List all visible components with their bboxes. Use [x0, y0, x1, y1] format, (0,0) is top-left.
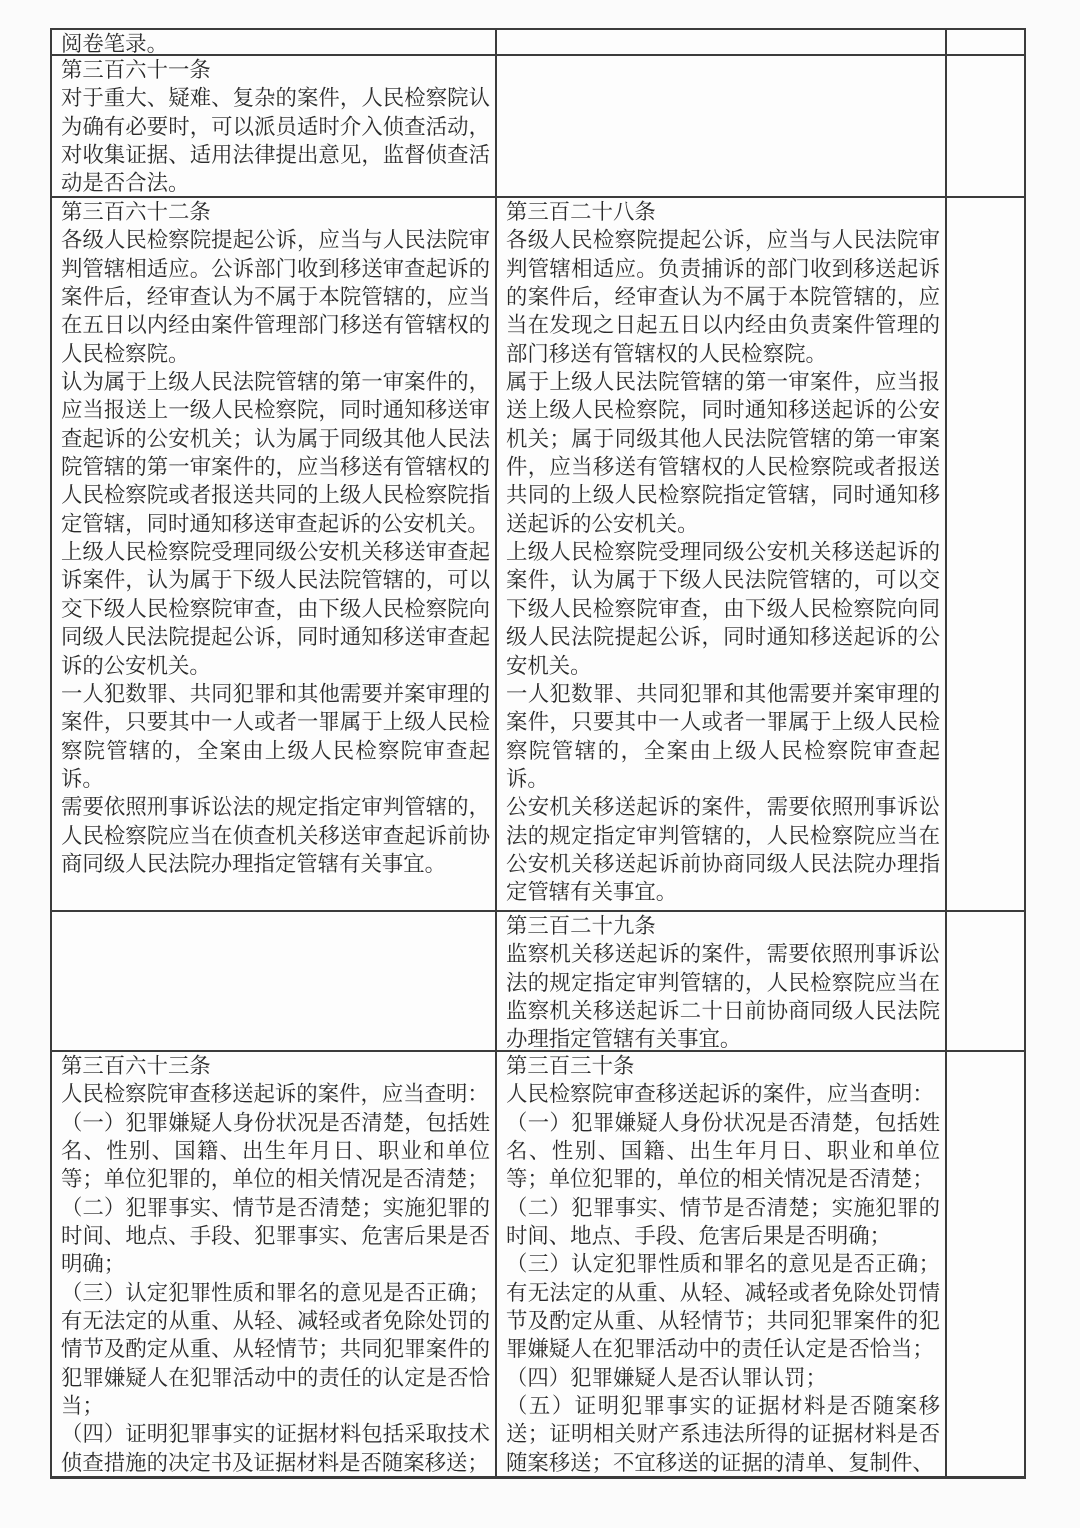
article-paragraph: （一）犯罪嫌疑人身份状况是否清楚，包括姓名、性别、国籍、出生年月日、职业和单位等…	[61, 1109, 490, 1194]
cell-row2-note	[947, 56, 1024, 198]
article-paragraph: 人民检察院审查移送起诉的案件，应当查明：	[506, 1080, 940, 1108]
scanned-document-page: 阅卷笔录。 第三百六十一条 对于重大、疑难、复杂的案件，人民检察院认为确有必要时…	[0, 0, 1080, 1528]
article-330-body: 人民检察院审查移送起诉的案件，应当查明：（一）犯罪嫌疑人身份状况是否清楚，包括姓…	[506, 1080, 940, 1476]
article-330-title: 第三百三十条	[506, 1052, 940, 1080]
article-paragraph: （四）证明犯罪事实的证据材料包括采取技术侦查措施的决定书及证据材料是否随案移送；	[61, 1420, 490, 1476]
cell-carryover-middle	[497, 30, 947, 56]
article-329-title: 第三百二十九条	[506, 912, 940, 940]
article-paragraph: 一人犯数罪、共同犯罪和其他需要并案审理的案件，只要其中一人或者一罪属于上级人民检…	[506, 680, 940, 793]
article-paragraph: 监察机关移送起诉的案件，需要依照刑事诉讼法的规定指定审判管辖的，人民检察院应当在…	[506, 940, 940, 1052]
cell-article-362: 第三百六十二条 各级人民检察院提起公诉，应当与人民法院审判管辖相适应。公诉部门收…	[52, 198, 497, 912]
article-363-body: 人民检察院审查移送起诉的案件，应当查明：（一）犯罪嫌疑人身份状况是否清楚，包括姓…	[61, 1080, 490, 1476]
article-paragraph: （三）认定犯罪性质和罪名的意见是否正确；有无法定的从重、从轻、减轻或者免除处罚情…	[506, 1250, 940, 1363]
article-328-title: 第三百二十八条	[506, 198, 940, 226]
article-paragraph: 对于重大、疑难、复杂的案件，人民检察院认为确有必要时，可以派员适时介入侦查活动，…	[61, 84, 490, 197]
article-328-body: 各级人民检察院提起公诉，应当与人民法院审判管辖相适应。负责捕诉的部门收到移送起诉…	[506, 226, 940, 906]
article-paragraph: （三）认定犯罪性质和罪名的意见是否正确；有无法定的从重、从轻、减轻或者免除处罚的…	[61, 1279, 490, 1421]
article-paragraph: （二）犯罪事实、情节是否清楚；实施犯罪的时间、地点、手段、犯罪事实、危害后果是否…	[61, 1194, 490, 1279]
article-paragraph: 各级人民检察院提起公诉，应当与人民法院审判管辖相适应。公诉部门收到移送审查起诉的…	[61, 226, 490, 368]
article-paragraph: 上级人民检察院受理同级公安机关移送起诉的案件，认为属于下级人民法院管辖的，可以交…	[506, 538, 940, 680]
cell-article-330: 第三百三十条 人民检察院审查移送起诉的案件，应当查明：（一）犯罪嫌疑人身份状况是…	[497, 1052, 947, 1476]
cell-article-329: 第三百二十九条 监察机关移送起诉的案件，需要依照刑事诉讼法的规定指定审判管辖的，…	[497, 912, 947, 1052]
article-paragraph: 需要依照刑事诉讼法的规定指定审判管辖的，人民检察院应当在侦查机关移送审查起诉前协…	[61, 793, 490, 878]
cell-carryover-note	[947, 30, 1024, 56]
article-329-body: 监察机关移送起诉的案件，需要依照刑事诉讼法的规定指定审判管辖的，人民检察院应当在…	[506, 940, 940, 1052]
cell-carryover-left: 阅卷笔录。	[52, 30, 497, 56]
cell-row2-middle-empty	[497, 56, 947, 198]
article-paragraph: 上级人民检察院受理同级公安机关移送审查起诉案件，认为属于下级人民法院管辖的，可以…	[61, 538, 490, 680]
article-paragraph: 一人犯数罪、共同犯罪和其他需要并案审理的案件，只要其中一人或者一罪属于上级人民检…	[61, 680, 490, 793]
article-paragraph: （一）犯罪嫌疑人身份状况是否清楚，包括姓名、性别、国籍、出生年月日、职业和单位等…	[506, 1109, 940, 1194]
cell-row3-note	[947, 198, 1024, 912]
cell-article-328: 第三百二十八条 各级人民检察院提起公诉，应当与人民法院审判管辖相适应。负责捕诉的…	[497, 198, 947, 912]
article-paragraph: 公安机关移送起诉的案件，需要依照刑事诉讼法的规定指定审判管辖的，人民检察院应当在…	[506, 793, 940, 906]
article-paragraph: 属于上级人民法院管辖的第一审案件，应当报送上级人民检察院，同时通知移送起诉的公安…	[506, 368, 940, 538]
article-362-title: 第三百六十二条	[61, 198, 490, 226]
cell-article-363: 第三百六十三条 人民检察院审查移送起诉的案件，应当查明：（一）犯罪嫌疑人身份状况…	[52, 1052, 497, 1476]
article-paragraph: 认为属于上级人民法院管辖的第一审案件的，应当报送上一级人民检察院，同时通知移送审…	[61, 368, 490, 538]
article-paragraph: （四）犯罪嫌疑人是否认罪认罚；	[506, 1364, 940, 1392]
cell-article-361: 第三百六十一条 对于重大、疑难、复杂的案件，人民检察院认为确有必要时，可以派员适…	[52, 56, 497, 198]
article-paragraph: 阅卷笔录。	[61, 30, 490, 56]
article-paragraph: （二）犯罪事实、情节是否清楚；实施犯罪的时间、地点、手段、危害后果是否明确；	[506, 1194, 940, 1251]
article-paragraph: （五）证明犯罪事实的证据材料是否随案移送；证明相关财产系违法所得的证据材料是否随…	[506, 1392, 940, 1476]
article-361-title: 第三百六十一条	[61, 56, 490, 84]
cell-row4-note	[947, 912, 1024, 1052]
article-paragraph: 各级人民检察院提起公诉，应当与人民法院审判管辖相适应。负责捕诉的部门收到移送起诉…	[506, 226, 940, 368]
cell-row4-left-empty	[52, 912, 497, 1052]
article-paragraph: 人民检察院审查移送起诉的案件，应当查明：	[61, 1080, 490, 1108]
article-363-title: 第三百六十三条	[61, 1052, 490, 1080]
law-comparison-table: 阅卷笔录。 第三百六十一条 对于重大、疑难、复杂的案件，人民检察院认为确有必要时…	[50, 28, 1026, 1479]
cell-row5-note	[947, 1052, 1024, 1476]
article-361-body: 对于重大、疑难、复杂的案件，人民检察院认为确有必要时，可以派员适时介入侦查活动，…	[61, 84, 490, 197]
article-362-body: 各级人民检察院提起公诉，应当与人民法院审判管辖相适应。公诉部门收到移送审查起诉的…	[61, 226, 490, 878]
